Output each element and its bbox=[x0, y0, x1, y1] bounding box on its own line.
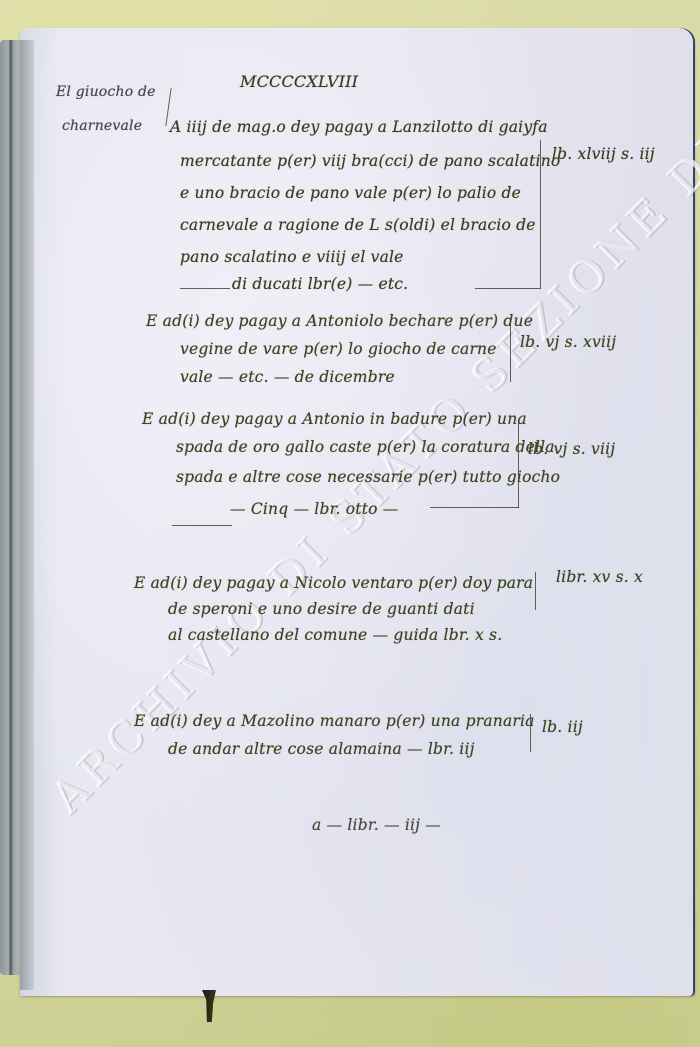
entry-line: de speroni e uno desire de guanti dati bbox=[168, 600, 475, 618]
entry-amount: libr. xv s. x bbox=[556, 568, 643, 586]
entry-line: spada e altre cose necessarie p(er) tutt… bbox=[176, 468, 560, 486]
page-heading-year: MCCCCXLVIII bbox=[240, 72, 358, 91]
binding-clip bbox=[202, 990, 216, 1022]
entry-bracket bbox=[530, 714, 531, 752]
entry-bracket bbox=[535, 572, 536, 610]
entry-line: vegine de vare p(er) lo giocho de carne bbox=[180, 340, 497, 358]
entry-line: al castellano del comune — guida lbr. x … bbox=[168, 626, 502, 644]
entry-line: E ad(i) dey pagay a Nicolo ventaro p(er)… bbox=[134, 574, 533, 592]
entry-line: E ad(i) dey a Mazolino manaro p(er) una … bbox=[134, 712, 535, 730]
entry-bracket bbox=[510, 318, 511, 382]
filler-rule bbox=[172, 525, 232, 526]
bracket-foot bbox=[430, 507, 519, 508]
bracket-foot bbox=[475, 288, 541, 289]
entry-amount: lb. vj s. xviij bbox=[520, 333, 616, 351]
entry-line: vale — etc. — de dicembre bbox=[180, 368, 395, 386]
entry-line: e uno bracio de pano vale p(er) lo palio… bbox=[180, 184, 521, 202]
entry-line: E ad(i) dey pagay a Antoniolo bechare p(… bbox=[146, 312, 533, 330]
entry-amount: lb. xlviij s. iij bbox=[552, 145, 655, 163]
entry-line: A iiij de mag.o dey pagay a Lanzilotto d… bbox=[170, 118, 548, 136]
entry-line: pano scalatino e viiij el vale bbox=[180, 248, 404, 266]
entry-amount: lb. iij bbox=[542, 718, 583, 736]
entry-line: de andar altre cose alamaina — lbr. iij bbox=[168, 740, 475, 758]
entry-line: — Cinq — lbr. otto — bbox=[230, 500, 399, 518]
leaf-gutter bbox=[20, 40, 34, 990]
entry-line: E ad(i) dey pagay a Antonio in badure p(… bbox=[142, 410, 527, 428]
entry-bracket bbox=[518, 420, 519, 508]
entry-line: mercatante p(er) viij bra(cci) de pano s… bbox=[180, 152, 560, 170]
margin-note-line-2: charnevale bbox=[62, 118, 142, 134]
filler-rule bbox=[180, 288, 230, 289]
entry-line: di ducati lbr(e) — etc. bbox=[232, 275, 408, 293]
entry-line: spada de oro gallo caste p(er) la coratu… bbox=[176, 438, 555, 456]
entry-bracket bbox=[540, 140, 541, 288]
entry-amount: lb. vj s. viij bbox=[528, 440, 615, 458]
page-total: a — libr. — iij — bbox=[312, 816, 441, 834]
entry-line: carnevale a ragione de L s(oldi) el brac… bbox=[180, 216, 536, 234]
margin-note-line-1: El giuocho de bbox=[56, 84, 156, 100]
